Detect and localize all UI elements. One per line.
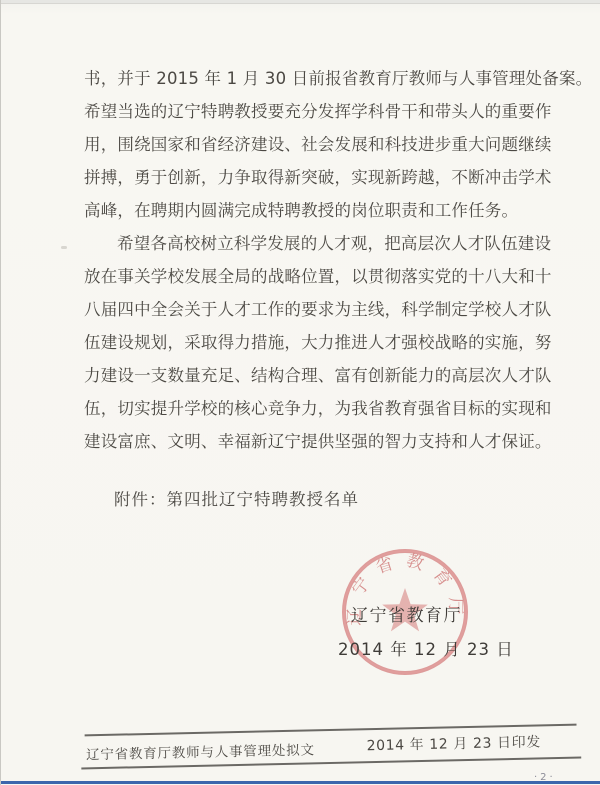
body-line: 力建设一支数量充足、结构合理、富有创新能力的高层次人才队 <box>84 359 546 392</box>
scanned-document-page: 书，并于 2015 年 1 月 30 日前报省教育厅教师与人事管理处备案。 希望… <box>0 0 600 785</box>
body-line: 用，围绕国家和省经济建设、社会发展和科技进步重大问题继续 <box>84 128 546 161</box>
body-line: 拼搏，勇于创新，力争取得新突破，实现新跨越，不断冲击学术 <box>84 161 546 194</box>
body-line: 伍建设规划，采取得力措施，大力推进人才强校战略的实施，努 <box>84 326 546 359</box>
body-line: 希望当选的辽宁特聘教授要充分发挥学科骨干和带头人的重要作 <box>84 95 546 128</box>
body-line: 书，并于 2015 年 1 月 30 日前报省教育厅教师与人事管理处备案。 <box>84 62 546 95</box>
document-body: 书，并于 2015 年 1 月 30 日前报省教育厅教师与人事管理处备案。 希望… <box>84 62 546 458</box>
body-line: 八届四中全会关于人才工作的要求为主线，科学制定学校人才队 <box>84 293 546 326</box>
document-footer: 辽宁省教育厅教师与人事管理处拟文 2014 年 12 月 23 日印发 <box>81 724 582 777</box>
scan-top-edge <box>1 0 600 4</box>
body-line: 伍，切实提升学校的核心竞争力，为我省教育强省目标的实现和 <box>84 392 546 425</box>
body-line: 希望各高校树立科学发展的人才观，把高层次人才队伍建设 <box>84 227 546 260</box>
footer-print-date: 2014 年 12 月 23 日印发 <box>366 731 541 755</box>
attachment-note: 附件：第四批辽宁特聘教授名单 <box>114 486 359 510</box>
scan-edge-line <box>1 781 600 784</box>
body-line: 放在事关学校发展全局的战略位置，以贯彻落实党的十八大和十 <box>84 260 546 293</box>
signing-date: 2014 年 12 月 23 日 <box>338 636 514 660</box>
footer-drafting-office: 辽宁省教育厅教师与人事管理处拟文 <box>86 738 315 763</box>
body-line: 建设富庶、文明、幸福新辽宁提供坚强的智力支持和人才保证。 <box>84 425 546 458</box>
signing-agency: 辽宁省教育厅 <box>351 601 462 626</box>
body-line: 高峰，在聘期内圆满完成特聘教授的岗位职责和工作任务。 <box>84 194 546 227</box>
scan-smudge <box>61 246 67 249</box>
